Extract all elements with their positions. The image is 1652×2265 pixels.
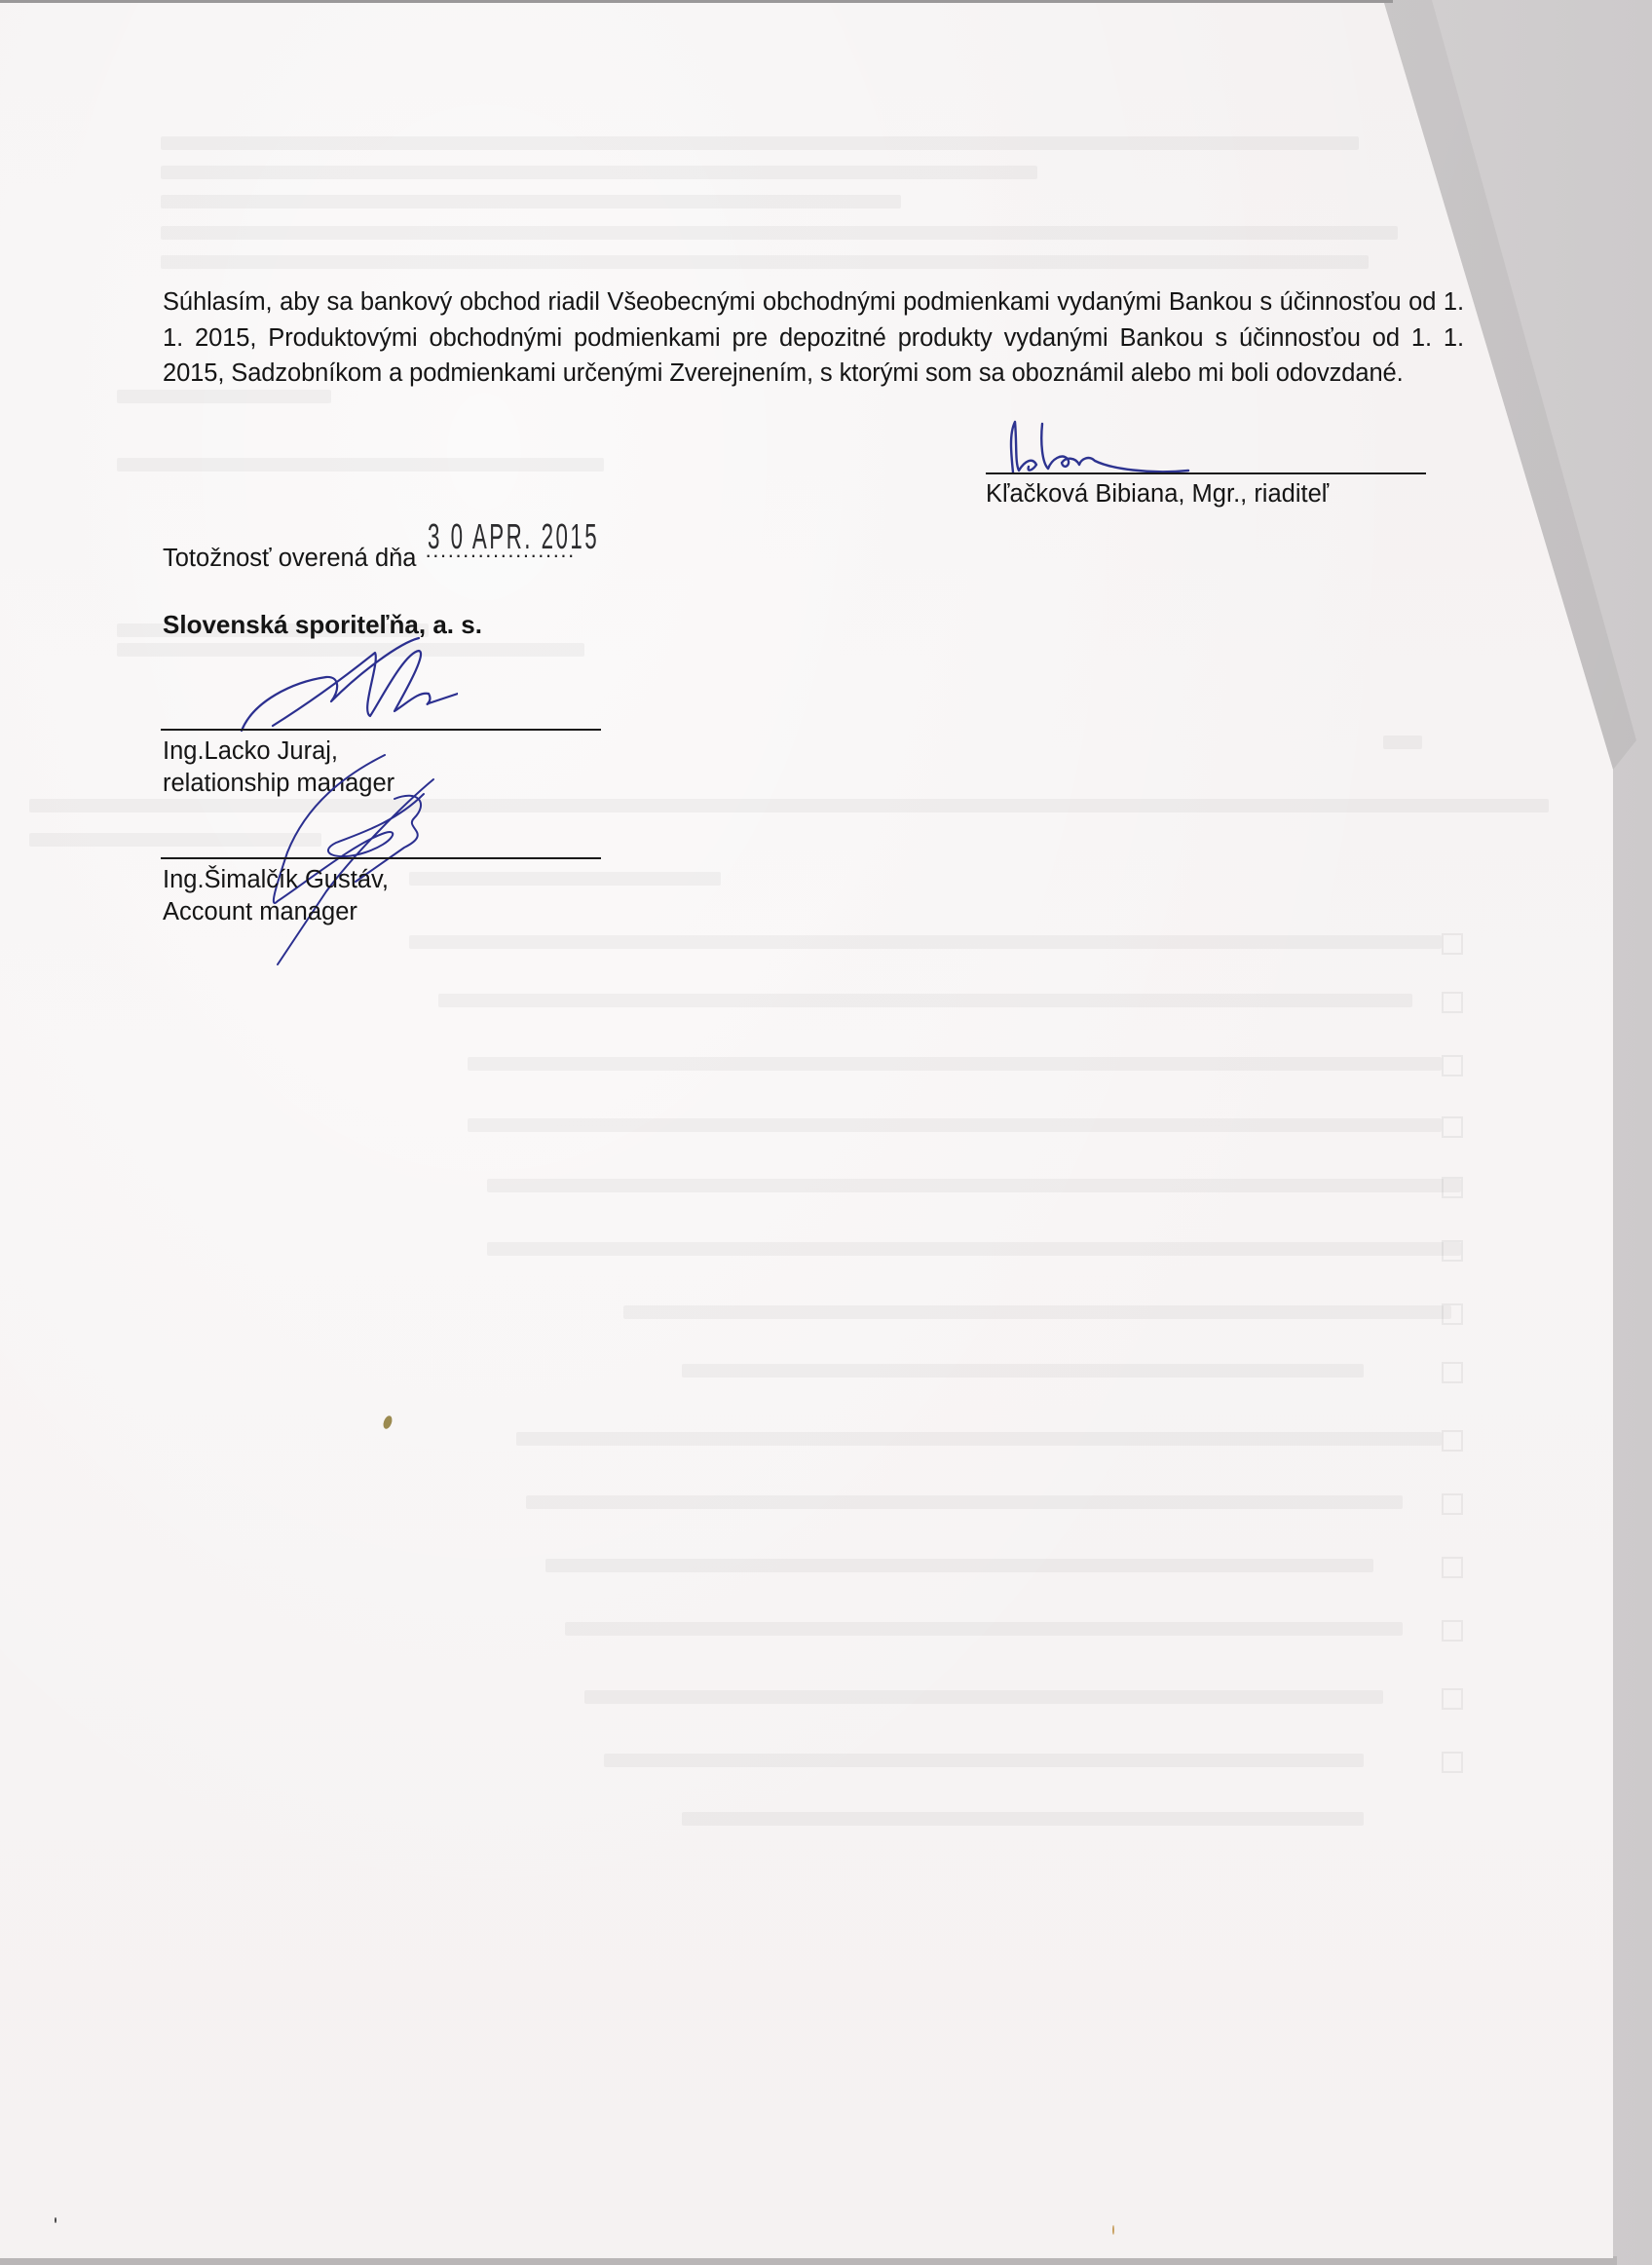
- identity-verification-row: Totožnosť overená dňa ..................…: [163, 531, 607, 573]
- client-signatory-name: Kľačková Bibiana, Mgr., riaditeľ: [986, 476, 1329, 511]
- bank-name: Slovenská sporiteľňa, a. s.: [163, 610, 482, 640]
- simalcik-name: Ing.Šimalčík Gustáv,: [163, 862, 389, 897]
- paper-top-edge: [0, 0, 1393, 3]
- lacko-role: relationship manager: [163, 766, 394, 801]
- consent-paragraph: Súhlasím, aby sa bankový obchod riadil V…: [163, 284, 1464, 392]
- client-signature-line: [986, 472, 1426, 474]
- simalcik-signature-line: [161, 857, 601, 859]
- identity-verification-label: Totožnosť overená dňa: [163, 545, 417, 573]
- paper-speck: [55, 2217, 56, 2223]
- paper-speck: [1112, 2225, 1114, 2235]
- simalcik-role: Account manager: [163, 894, 357, 929]
- lacko-signature-line: [161, 729, 601, 731]
- verification-date-field: .................... 3 0 APR. 2015: [424, 531, 607, 566]
- lacko-name: Ing.Lacko Juraj,: [163, 734, 338, 769]
- date-stamp: 3 0 APR. 2015: [428, 516, 599, 557]
